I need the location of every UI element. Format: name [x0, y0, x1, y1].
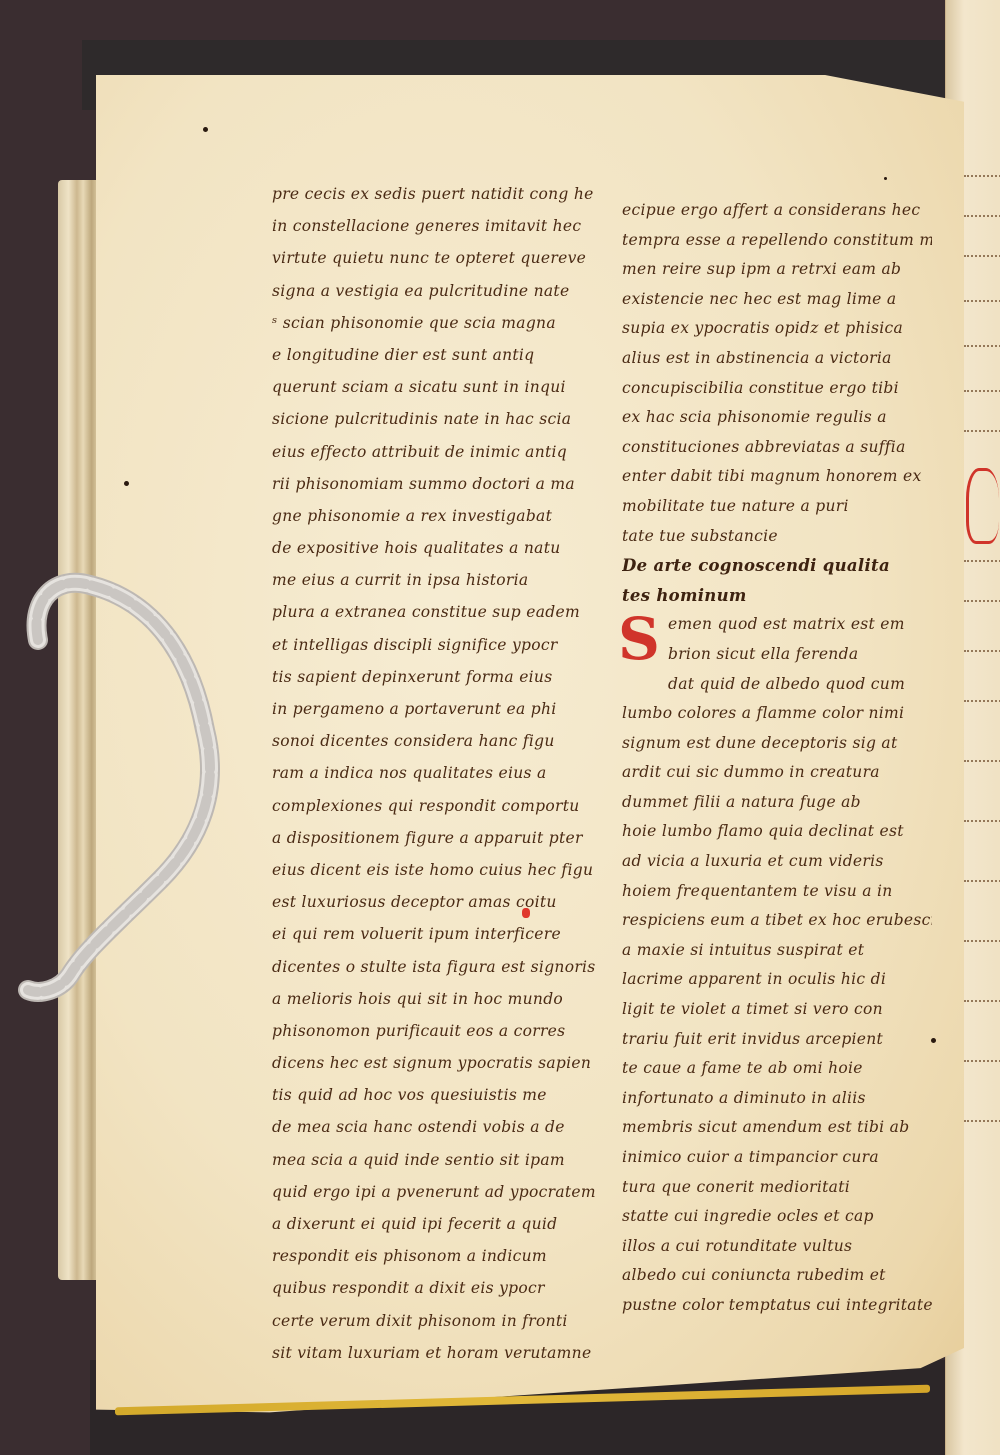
manuscript-line: ei qui rem voluerit ipum interficere: [272, 918, 602, 950]
manuscript-line: dicens hec est signum ypocratis sapien: [272, 1047, 602, 1079]
right-column-paragraph-text: emen quod est matrix est embrion sicut e…: [622, 610, 932, 1320]
manuscript-line: supia ex ypocratis opidz et phisica: [622, 314, 932, 344]
manuscript-line: a melioris hois qui sit in hoc mundo: [272, 983, 602, 1015]
manuscript-line: gne phisonomie a rex investigabat: [272, 500, 602, 532]
manuscript-line: dicentes o stulte ista figura est signor…: [272, 951, 602, 983]
manuscript-line: mea scia a quid inde sentio sit ipam: [272, 1144, 602, 1176]
manuscript-line: ligit te violet a timet si vero con: [622, 995, 932, 1025]
initial-paragraph: S emen quod est matrix est embrion sicut…: [622, 610, 932, 1320]
manuscript-line: trariu fuit erit invidus arcepient: [622, 1025, 932, 1055]
manuscript-line: tempra esse a repellendo constitum ma: [622, 226, 932, 256]
manuscript-line: ad vicia a luxuria et cum videris: [622, 847, 932, 877]
manuscript-line: existencie nec hec est mag lime a: [622, 285, 932, 315]
manuscript-line: ram a indica nos qualitates eius a: [272, 757, 602, 789]
manuscript-line: ex hac scia phisonomie regulis a: [622, 403, 932, 433]
manuscript-line: brion sicut ella ferenda: [622, 640, 932, 670]
facing-text-line: [964, 300, 1000, 308]
manuscript-line: De arte cognoscendi qualita: [622, 551, 932, 581]
ink-speck: [884, 177, 887, 180]
manuscript-line: inimico cuior a timpancior cura: [622, 1143, 932, 1173]
manuscript-line: tis quid ad hoc vos quesiuistis me: [272, 1079, 602, 1111]
manuscript-line: me eius a currit in ipsa historia: [272, 564, 602, 596]
manuscript-line: tis sapient depinxerunt forma eius: [272, 661, 602, 693]
facing-text-line: [964, 255, 1000, 263]
manuscript-line: signum est dune deceptoris sig at: [622, 729, 932, 759]
facing-text-line: [964, 700, 1000, 708]
manuscript-line: signa a vestigia ea pulcritudine nate: [272, 275, 602, 307]
manuscript-line: respiciens eum a tibet ex hoc erubescit: [622, 906, 932, 936]
manuscript-line: de mea scia hanc ostendi vobis a de: [272, 1111, 602, 1143]
manuscript-line: quid ergo ipi a pvenerunt ad ypocratem: [272, 1176, 602, 1208]
right-column-opening-text: ecipue ergo affert a considerans hectemp…: [622, 196, 932, 551]
manuscript-line: a dixerunt ei quid ipi fecerit a quid: [272, 1208, 602, 1240]
manuscript-line: ecipue ergo affert a considerans hec: [622, 196, 932, 226]
manuscript-line: phisonomon purificauit eos a corres: [272, 1015, 602, 1047]
manuscript-line: eius dicent eis iste homo cuius hec figu: [272, 854, 602, 886]
text-block-page-edges: [58, 180, 100, 1280]
manuscript-line: a maxie si intuitus suspirat et: [622, 936, 932, 966]
manuscript-line: est luxuriosus deceptor amas coitu: [272, 886, 602, 918]
manuscript-line: te caue a fame te ab omi hoie: [622, 1054, 932, 1084]
facing-text-line: [964, 600, 1000, 608]
manuscript-line: tura que conerit medioritati: [622, 1173, 932, 1203]
manuscript-line: ˢ scian phisonomie que scia magna: [272, 307, 602, 339]
facing-text-line: [964, 940, 1000, 948]
facing-red-initial: [966, 468, 999, 544]
manuscript-line: concupiscibilia constitue ergo tibi: [622, 374, 932, 404]
manuscript-line: statte cui ingredie ocles et cap: [622, 1202, 932, 1232]
manuscript-line: sonoi dicentes considera hanc figu: [272, 725, 602, 757]
manuscript-line: virtute quietu nunc te opteret quereve: [272, 242, 602, 274]
manuscript-line: dummet filii a natura fuge ab: [622, 788, 932, 818]
facing-text-line: [964, 345, 1000, 353]
manuscript-line: mobilitate tue nature a puri: [622, 492, 932, 522]
facing-text-line: [964, 175, 1000, 183]
facing-text-line: [964, 1060, 1000, 1068]
facing-text-line: [964, 650, 1000, 658]
manuscript-line: e longitudine dier est sunt antiq: [272, 339, 602, 371]
manuscript-line: complexiones qui respondit comportu: [272, 790, 602, 822]
manuscript-line: infortunato a diminuto in aliis: [622, 1084, 932, 1114]
manuscript-line: membris sicut amendum est tibi ab: [622, 1113, 932, 1143]
facing-text-line: [964, 760, 1000, 768]
manuscript-line: sicione pulcritudinis nate in hac scia: [272, 403, 602, 435]
facing-text-line: [964, 390, 1000, 398]
manuscript-line: in constellacione generes imitavit hec: [272, 210, 602, 242]
facing-text-line: [964, 880, 1000, 888]
manuscript-line: tes hominum: [622, 581, 932, 611]
rubric-heading: De arte cognoscendi qualitates hominum: [622, 551, 932, 610]
ink-speck: [203, 127, 208, 132]
manuscript-line: quibus respondit a dixit eis ypocr: [272, 1272, 602, 1304]
manuscript-line: ardit cui sic dummo in creatura: [622, 758, 932, 788]
manuscript-line: alius est in abstinencia a victoria: [622, 344, 932, 374]
manuscript-line: pustne color temptatus cui integritatem: [622, 1291, 932, 1321]
facing-text-line: [964, 820, 1000, 828]
manuscript-line: in pergameno a portaverunt ea phi: [272, 693, 602, 725]
facing-text-line: [964, 1120, 1000, 1128]
manuscript-line: tate tue substancie: [622, 522, 932, 552]
manuscript-line: hoiem frequentantem te visu a in: [622, 877, 932, 907]
manuscript-line: eius effecto attribuit de inimic antiq: [272, 436, 602, 468]
manuscript-line: rii phisonomiam summo doctori a ma: [272, 468, 602, 500]
manuscript-line: enter dabit tibi magnum honorem ex: [622, 462, 932, 492]
manuscript-line: hoie lumbo flamo quia declinat est: [622, 817, 932, 847]
manuscript-line: pre cecis ex sedis puert natidit cong he: [272, 178, 602, 210]
manuscript-line: constituciones abbreviatas a suffia: [622, 433, 932, 463]
manuscript-line: illos a cui rotunditate vultus: [622, 1232, 932, 1262]
manuscript-line: querunt sciam a sicatu sunt in inqui: [272, 371, 602, 403]
facing-text-line: [964, 560, 1000, 568]
right-text-column: ecipue ergo affert a considerans hectemp…: [622, 196, 932, 1321]
manuscript-line: et intelligas discipli significe ypocr: [272, 629, 602, 661]
manuscript-line: emen quod est matrix est em: [622, 610, 932, 640]
manuscript-line: sit vitam luxuriam et horam verutamne: [272, 1337, 602, 1369]
manuscript-line: lumbo colores a flamme color nimi: [622, 699, 932, 729]
left-text-column: pre cecis ex sedis puert natidit cong he…: [272, 178, 602, 1369]
facing-text-line: [964, 1000, 1000, 1008]
red-decorated-initial: S: [618, 608, 660, 670]
ink-speck: [124, 481, 129, 486]
facing-text-line: [964, 430, 1000, 438]
manuscript-line: plura a extranea constitue sup eadem: [272, 596, 602, 628]
manuscript-line: men reire sup ipm a retrxi eam ab: [622, 255, 932, 285]
manuscript-line: albedo cui coniuncta rubedim et: [622, 1261, 932, 1291]
manuscript-line: dat quid de albedo quod cum: [622, 670, 932, 700]
manuscript-line: certe verum dixit phisonom in fronti: [272, 1305, 602, 1337]
manuscript-line: respondit eis phisonom a indicum: [272, 1240, 602, 1272]
facing-text-line: [964, 215, 1000, 223]
manuscript-line: lacrime apparent in oculis hic di: [622, 965, 932, 995]
manuscript-line: de expositive hois qualitates a natu: [272, 532, 602, 564]
manuscript-line: a dispositionem figure a apparuit pter: [272, 822, 602, 854]
